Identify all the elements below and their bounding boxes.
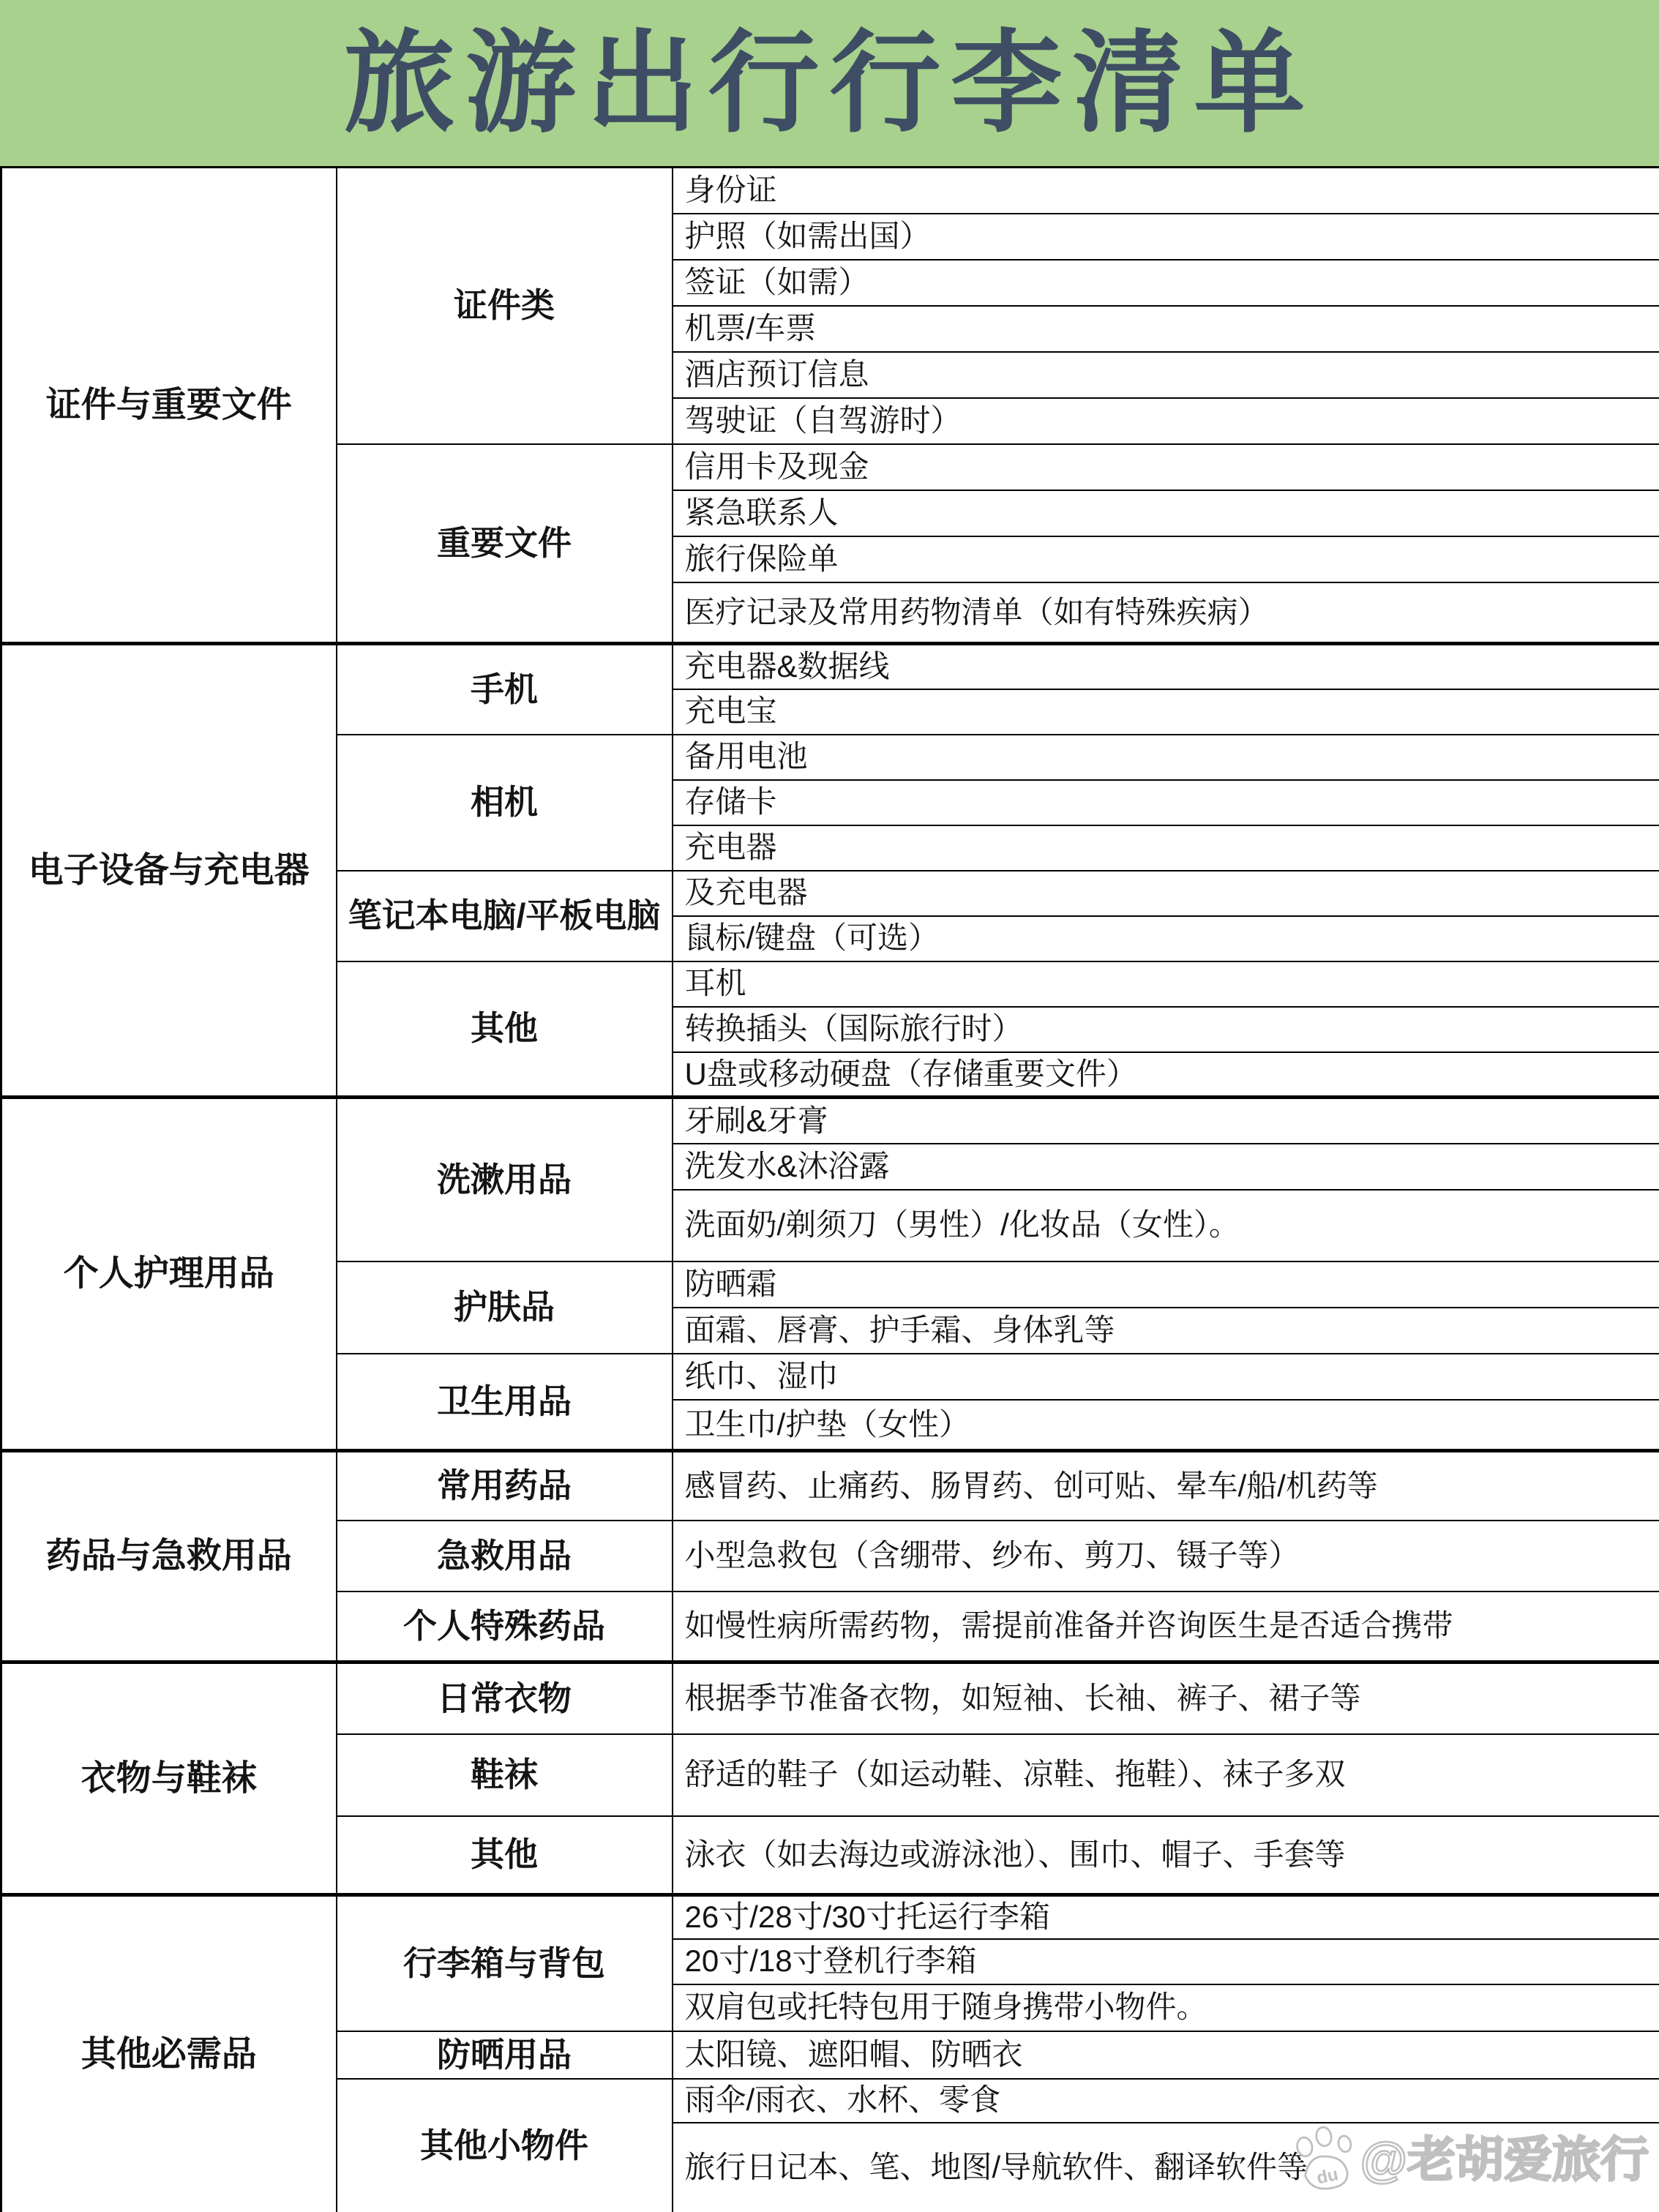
section-personal-care: 个人护理用品 洗漱用品 牙刷&牙膏 洗发水&沐浴露 洗面奶/剃须刀（男性）/化妆… [1, 1098, 1659, 1451]
category-cell: 其他必需品 [1, 1895, 337, 2212]
category-cell: 衣物与鞋袜 [1, 1662, 337, 1895]
subcategory-cell: 其他 [337, 961, 673, 1098]
item-cell: 泳衣（如去海边或游泳池）、围巾、帽子、手套等 [673, 1816, 1659, 1895]
item-cell: 医疗记录及常用药物清单（如有特殊疾病） [673, 582, 1659, 644]
section-other-essentials: 其他必需品 行李箱与背包 26寸/28寸/30寸托运行李箱 20寸/18寸登机行… [1, 1895, 1659, 2212]
item-cell: 舒适的鞋子（如运动鞋、凉鞋、拖鞋）、袜子多双 [673, 1734, 1659, 1816]
item-cell: 信用卡及现金 [673, 444, 1659, 490]
item-cell: 雨伞/雨衣、水杯、零食 [673, 2079, 1659, 2123]
section-documents: 证件与重要文件 证件类 身份证 护照（如需出国） 签证（如需） 机票/车票 酒店… [1, 168, 1659, 644]
item-cell: 根据季节准备衣物，如短袖、长袖、裤子、裙子等 [673, 1662, 1659, 1734]
item-cell: 身份证 [673, 168, 1659, 214]
packing-table: 证件与重要文件 证件类 身份证 护照（如需出国） 签证（如需） 机票/车票 酒店… [0, 166, 1659, 2212]
item-cell: 太阳镜、遮阳帽、防晒衣 [673, 2031, 1659, 2079]
section-clothing: 衣物与鞋袜 日常衣物 根据季节准备衣物，如短袖、长袖、裤子、裙子等 鞋袜 舒适的… [1, 1662, 1659, 1895]
item-cell: 备用电池 [673, 735, 1659, 780]
item-cell: 转换插头（国际旅行时） [673, 1007, 1659, 1052]
subcategory-cell: 洗漱用品 [337, 1098, 673, 1261]
subcategory-cell: 其他小物件 [337, 2079, 673, 2212]
item-cell: 充电器 [673, 825, 1659, 871]
item-cell: 驾驶证（自驾游时） [673, 398, 1659, 444]
item-cell: 耳机 [673, 961, 1659, 1007]
item-cell: 小型急救包（含绷带、纱布、剪刀、镊子等） [673, 1521, 1659, 1591]
subcategory-cell: 防晒用品 [337, 2031, 673, 2079]
item-cell: 充电宝 [673, 689, 1659, 735]
item-cell: 护照（如需出国） [673, 214, 1659, 260]
item-cell: 牙刷&牙膏 [673, 1098, 1659, 1144]
item-cell: 充电器&数据线 [673, 644, 1659, 689]
item-cell: 感冒药、止痛药、肠胃药、创可贴、晕车/船/机药等 [673, 1451, 1659, 1521]
subcategory-cell: 相机 [337, 735, 673, 871]
subcategory-cell: 急救用品 [337, 1521, 673, 1591]
item-cell: 旅行日记本、笔、地图/导航软件、翻译软件等 [673, 2123, 1659, 2212]
item-cell: 洗发水&沐浴露 [673, 1144, 1659, 1190]
item-cell: 及充电器 [673, 871, 1659, 916]
item-cell: 26寸/28寸/30寸托运行李箱 [673, 1895, 1659, 1939]
subcategory-cell: 个人特殊药品 [337, 1591, 673, 1662]
section-medicine: 药品与急救用品 常用药品 感冒药、止痛药、肠胃药、创可贴、晕车/船/机药等 急救… [1, 1451, 1659, 1662]
item-cell: 洗面奶/剃须刀（男性）/化妆品（女性）。 [673, 1190, 1659, 1261]
item-cell: 纸巾、湿巾 [673, 1354, 1659, 1400]
subcategory-cell: 常用药品 [337, 1451, 673, 1521]
category-cell: 证件与重要文件 [1, 168, 337, 644]
item-cell: 机票/车票 [673, 306, 1659, 352]
category-cell: 电子设备与充电器 [1, 644, 337, 1098]
category-cell: 个人护理用品 [1, 1098, 337, 1451]
item-cell: 面霜、唇膏、护手霜、身体乳等 [673, 1308, 1659, 1354]
subcategory-cell: 卫生用品 [337, 1354, 673, 1451]
subcategory-cell: 其他 [337, 1816, 673, 1895]
item-cell: 双肩包或托特包用于随身携带小物件。 [673, 1984, 1659, 2031]
subcategory-cell: 重要文件 [337, 444, 673, 644]
section-electronics: 电子设备与充电器 手机 充电器&数据线 充电宝 相机 备用电池 存储卡 充电器 … [1, 644, 1659, 1098]
item-cell: 存储卡 [673, 780, 1659, 825]
subcategory-cell: 行李箱与背包 [337, 1895, 673, 2031]
title-banner: 旅游出行行李清单 [0, 0, 1659, 166]
subcategory-cell: 笔记本电脑/平板电脑 [337, 871, 673, 961]
category-cell: 药品与急救用品 [1, 1451, 337, 1662]
item-cell: 防晒霜 [673, 1261, 1659, 1308]
item-cell: 签证（如需） [673, 260, 1659, 306]
item-cell: U盘或移动硬盘（存储重要文件） [673, 1052, 1659, 1098]
subcategory-cell: 证件类 [337, 168, 673, 444]
subcategory-cell: 日常衣物 [337, 1662, 673, 1734]
item-cell: 如慢性病所需药物，需提前准备并咨询医生是否适合携带 [673, 1591, 1659, 1662]
subcategory-cell: 鞋袜 [337, 1734, 673, 1816]
item-cell: 卫生巾/护垫（女性） [673, 1400, 1659, 1451]
item-cell: 20寸/18寸登机行李箱 [673, 1939, 1659, 1984]
item-cell: 酒店预订信息 [673, 352, 1659, 398]
item-cell: 紧急联系人 [673, 490, 1659, 536]
subcategory-cell: 手机 [337, 644, 673, 735]
subcategory-cell: 护肤品 [337, 1261, 673, 1354]
page-title: 旅游出行行李清单 [344, 28, 1316, 139]
item-cell: 旅行保险单 [673, 536, 1659, 582]
item-cell: 鼠标/键盘（可选） [673, 916, 1659, 961]
